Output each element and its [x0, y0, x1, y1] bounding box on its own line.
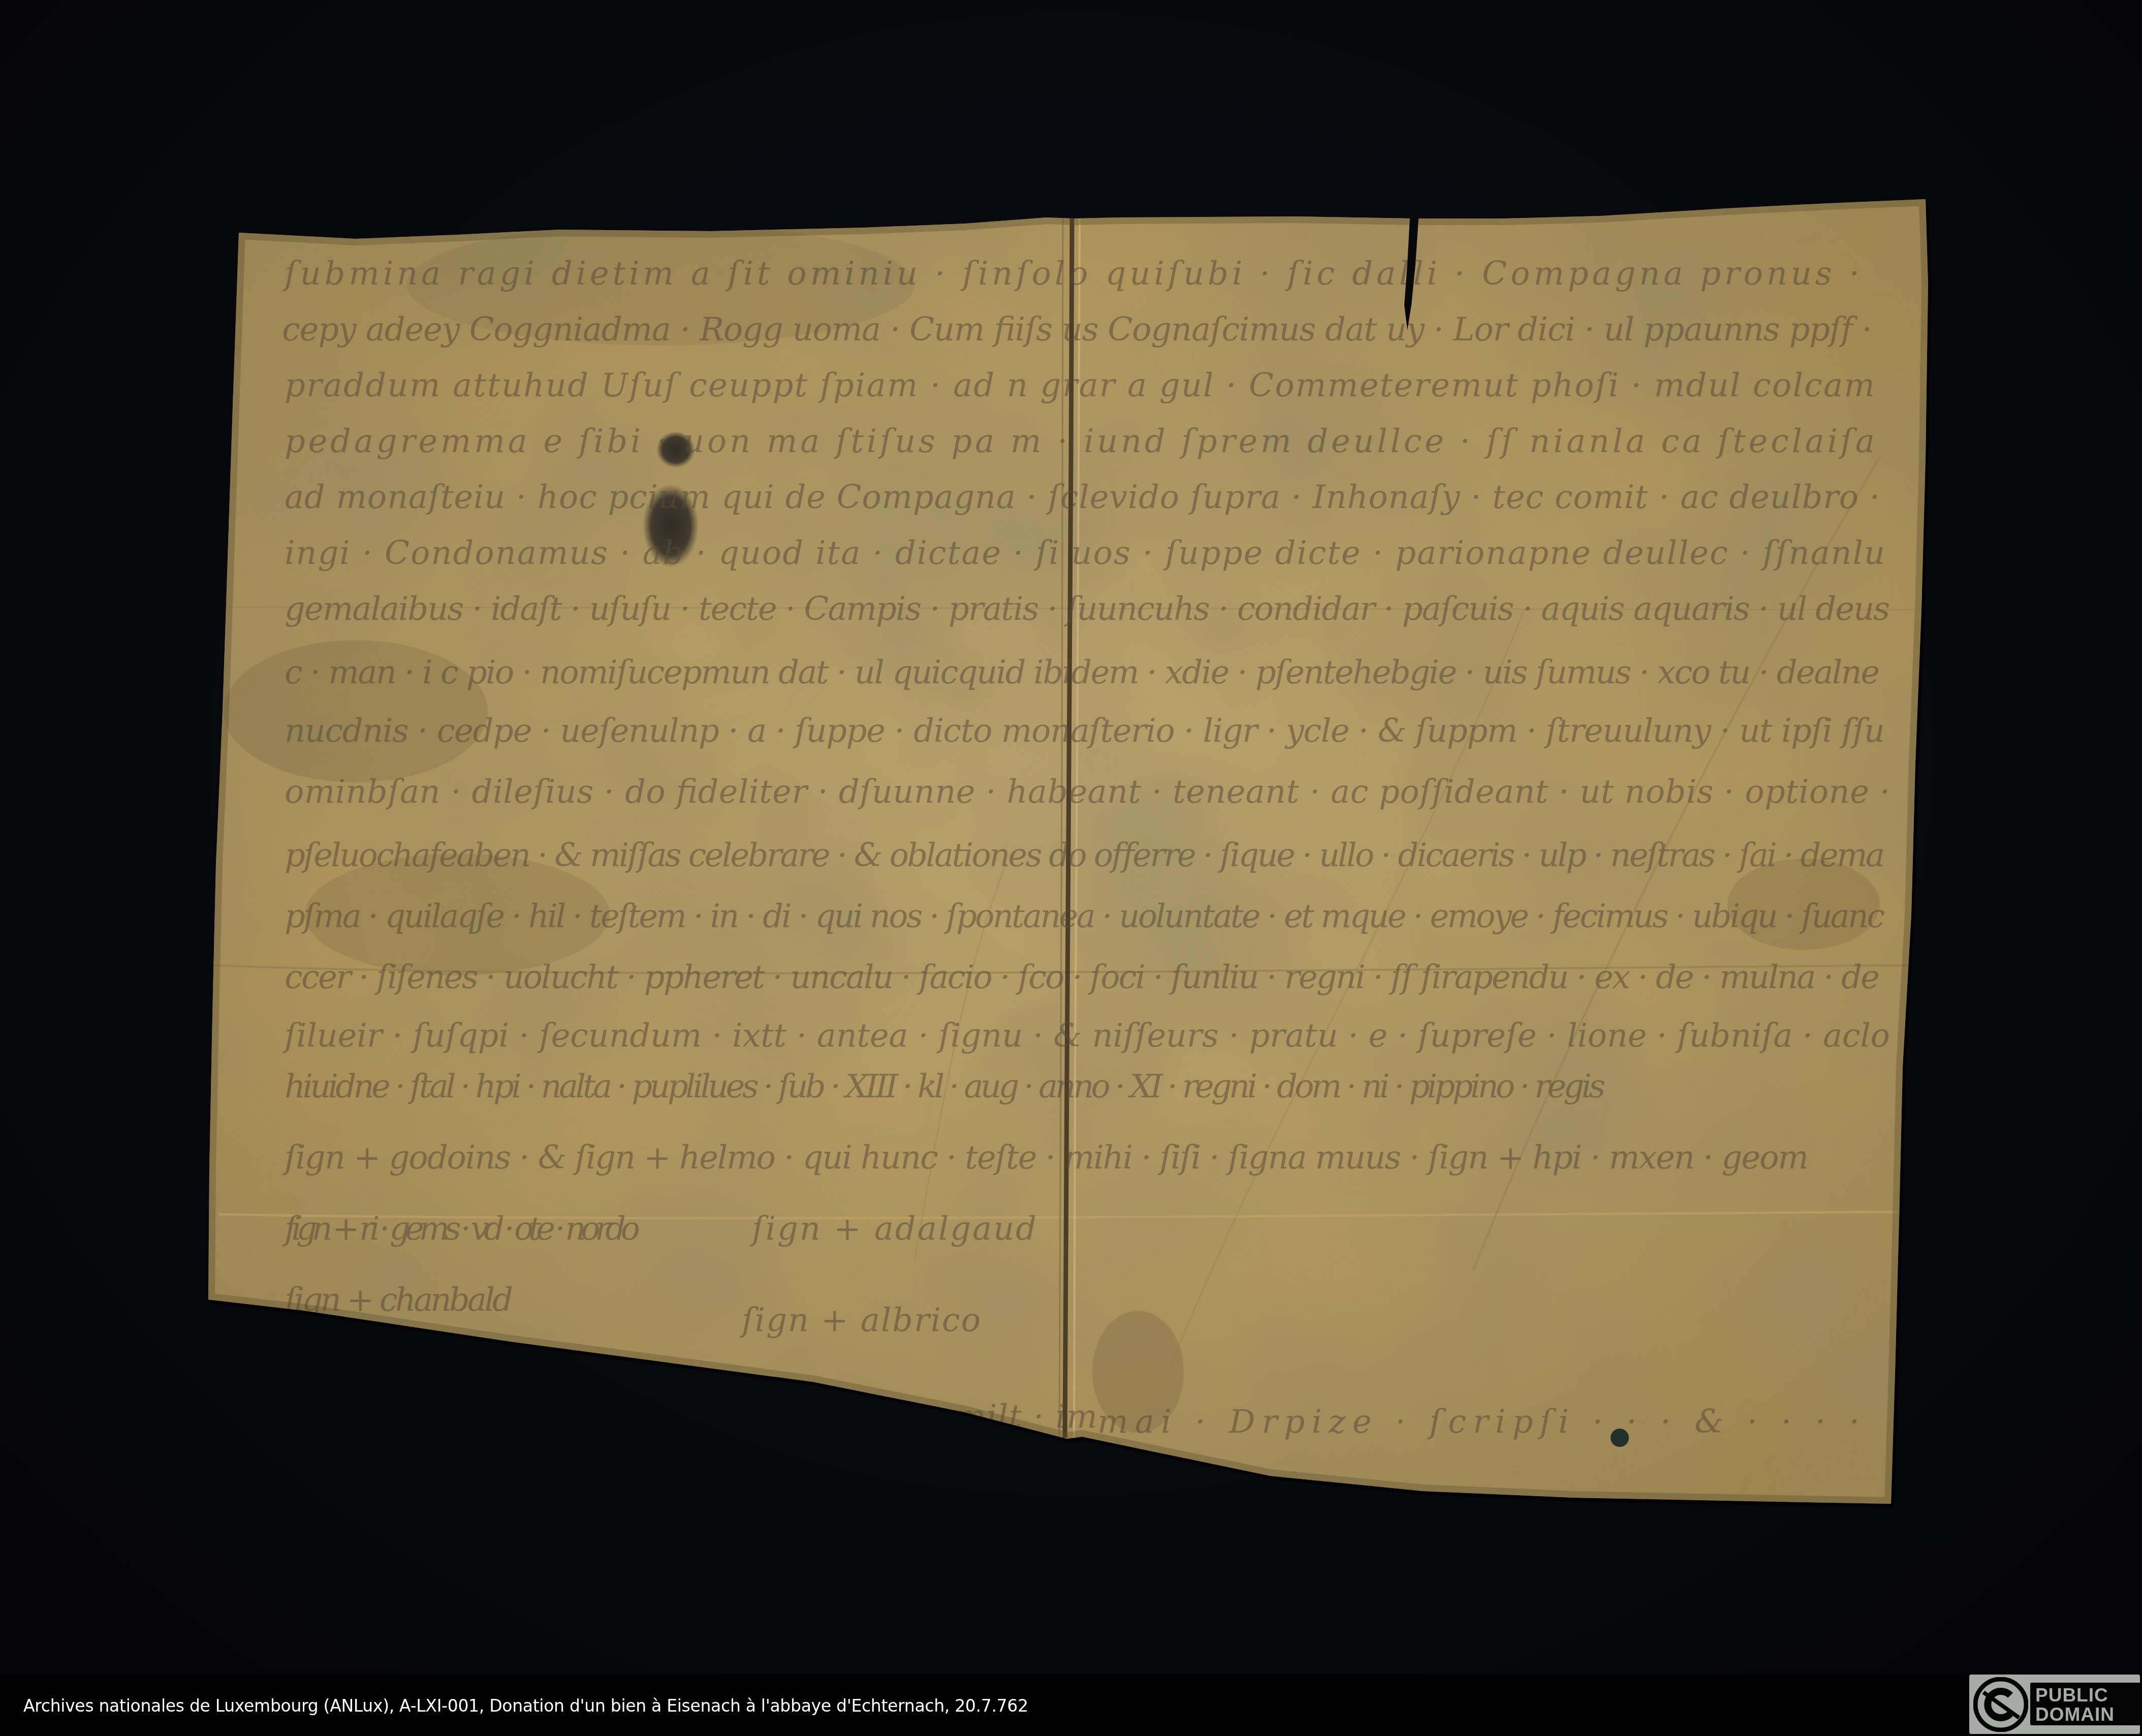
public-domain-badge[interactable]: PUBLIC DOMAIN: [1969, 1675, 2140, 1734]
svg-text:ſign + albrico: ſign + albrico: [740, 1302, 981, 1339]
svg-text:ſign + adalgaud: ſign + adalgaud: [750, 1210, 1036, 1248]
svg-text:ad monaſteiu · hoc pcium qui d: ad monaſteiu · hoc pcium qui de Compagna…: [285, 479, 1880, 516]
public-domain-icon: [1973, 1677, 2028, 1732]
svg-text:ſubmina ragi dietim a ſit omin: ſubmina ragi dietim a ſit ominiu · ſinſo…: [282, 255, 1860, 293]
svg-text:pſeluochafeaben · & miſſas cel: pſeluochafeaben · & miſſas celebrare · &…: [285, 837, 1885, 874]
svg-text:ſign + ri · gems · vd · ote ·: ſign + ri · gems · vd · ote · nordo: [282, 1210, 640, 1248]
svg-text:nucdnis · cedpe · ueſenulnp ·: nucdnis · cedpe · ueſenulnp · a · ſuppe …: [285, 712, 1885, 750]
svg-text:cepy adeey Coggniadma · Rogg: cepy adeey Coggniadma · Rogg uoma · Cum …: [282, 311, 1872, 349]
svg-text:pedagremma e ſibi · uon ma ſti: pedagremma e ſibi · uon ma ſtiſus pa m ·…: [285, 423, 1875, 460]
svg-text:ominbſan · dileſius · do fidel: ominbſan · dileſius · do fideliter · dſu…: [285, 773, 1890, 811]
svg-text:ccer · ſiſenes · uolucht · pph: ccer · ſiſenes · uolucht · ppheret · unc…: [285, 959, 1880, 996]
badge-line-1: PUBLIC: [2035, 1686, 2108, 1705]
svg-text:pſma · quilaqſe · hil · teſtem: pſma · quilaqſe · hil · teſtem · in · di…: [285, 898, 1885, 935]
svg-text:ingi · Condonamus · ab · quod: ingi · Condonamus · ab · quod ita · dict…: [285, 534, 1885, 572]
svg-text:gemalaibus · idaſt · uſuſu · t: gemalaibus · idaſt · uſuſu · tecte · Cam…: [285, 590, 1890, 628]
image-caption: Archives nationales de Luxembourg (ANLux…: [23, 1696, 1028, 1716]
svg-text:hiuidne · ſtal · hpi · nalta ·: hiuidne · ſtal · hpi · nalta · puplilues…: [285, 1068, 1605, 1106]
svg-text:ſign + godoins · & ſign + helm: ſign + godoins · & ſign + helmo · qui hu…: [282, 1139, 1809, 1177]
svg-text:praddum attuhud Uſuſ ceuppt ſp: praddum attuhud Uſuſ ceuppt ſpiam · ad n…: [285, 367, 1875, 404]
parchment-document: ſubmina ragi dietim a ſit ominiu · ſinſo…: [0, 0, 2142, 1674]
image-viewer: ſubmina ragi dietim a ſit ominiu · ſinſo…: [0, 0, 2142, 1674]
svg-text:c · man · i c pio · nomiſucepm: c · man · i c pio · nomiſucepmun dat · u…: [285, 654, 1880, 691]
svg-text:ſilueir · ſuſqpi · ſecundum ·: ſilueir · ſuſqpi · ſecundum · ixtt · ant…: [282, 1017, 1890, 1055]
badge-line-2: DOMAIN: [2035, 1705, 2115, 1724]
